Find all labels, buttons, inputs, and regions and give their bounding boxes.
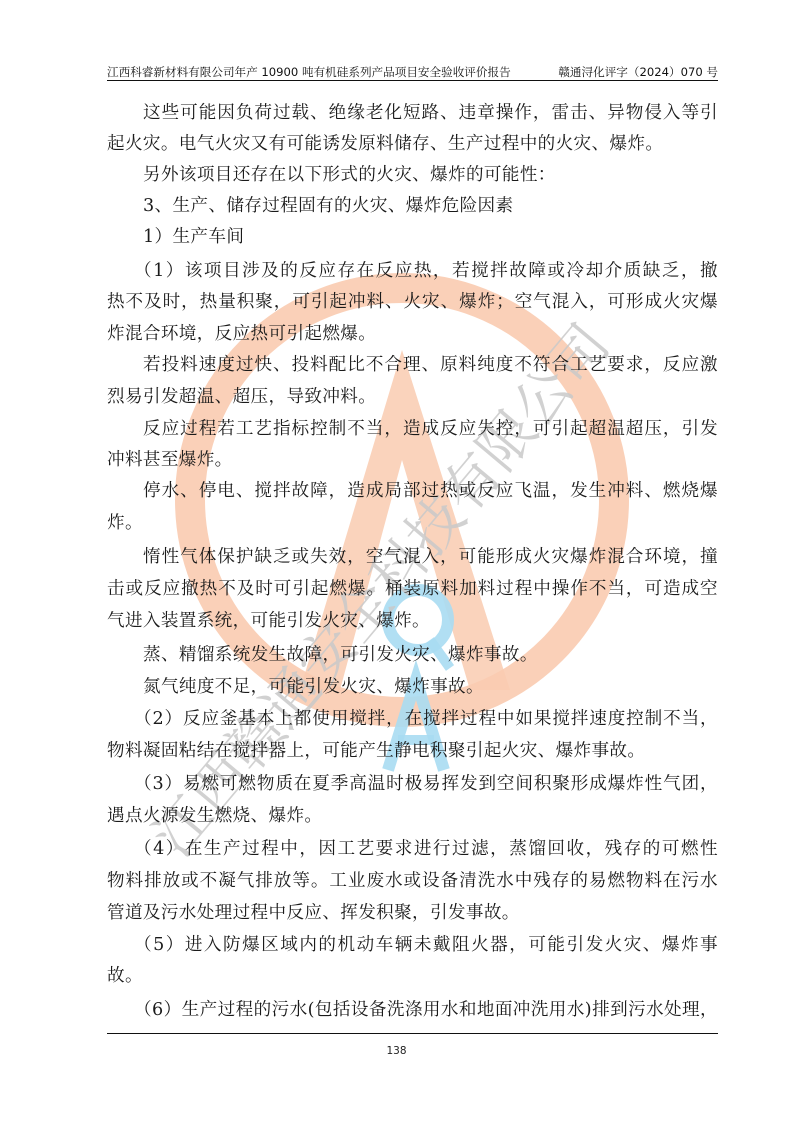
report-title: 江西科睿新材料有限公司年产 10900 吨有机硅系列产品项目安全验收评价报告 xyxy=(107,64,511,80)
page-header: 江西科睿新材料有限公司年产 10900 吨有机硅系列产品项目安全验收评价报告 赣… xyxy=(107,60,718,81)
footer-divider xyxy=(107,1033,718,1034)
text-line: 击或反应撤热不及时可引起燃爆。桶装原料加料过程中操作不当，可造成空 xyxy=(107,574,718,605)
text-line: （1）该项目涉及的反应存在反应热，若搅拌故障或冷却介质缺乏，撤 xyxy=(134,256,718,287)
text-line: 物料凝固粘结在搅拌器上，可能产生静电积聚引起火灾、爆炸事故。 xyxy=(107,736,645,767)
text-line: 惰性气体保护缺乏或失效，空气混入，可能形成火灾爆炸混合环境，撞 xyxy=(143,542,718,573)
page-number: 138 xyxy=(0,1045,793,1057)
text-line: 反应过程若工艺指标控制不当，造成反应失控，可引起超温超压，引发 xyxy=(143,414,718,445)
text-line: 停水、停电、搅拌故障，造成局部过热或反应飞温，发生冲料、燃烧爆 xyxy=(143,476,718,507)
text-line: 冲料甚至爆炸。 xyxy=(107,445,233,476)
text-line: 若投料速度过快、投料配比不合理、原料纯度不符合工艺要求，反应激 xyxy=(143,350,718,381)
text-line: 另外该项目还存在以下形式的火灾、爆炸的可能性： xyxy=(143,160,556,191)
text-line: 3、生产、储存过程固有的火灾、爆炸危险因素 xyxy=(143,191,513,222)
text-line: 炸。 xyxy=(107,508,143,539)
text-line: 蒸、精馏系统发生故障，可引发火灾、爆炸事故。 xyxy=(143,640,538,671)
text-line: 遇点火源发生燃烧、爆炸。 xyxy=(107,801,322,832)
text-line: 物料排放或不凝气排放等。工业废水或设备清洗水中残存的易燃物料在污水 xyxy=(107,866,718,897)
text-line: 故。 xyxy=(107,961,143,992)
text-line: 气进入装置系统，可能引发火灾、爆炸。 xyxy=(107,606,430,637)
text-line: 炸混合环境，反应热可引起燃爆。 xyxy=(107,319,376,350)
report-number: 赣通浔化评字（2024）070 号 xyxy=(558,64,718,80)
text-line: （3）易燃可燃物质在夏季高温时极易挥发到空间积聚形成爆炸性气团， xyxy=(134,769,718,800)
text-line: （4）在生产过程中，因工艺要求进行过滤，蒸馏回收，残存的可燃性 xyxy=(134,834,718,865)
text-line: 氮气纯度不足，可能引发火灾、爆炸事故。 xyxy=(143,672,484,703)
text-line: 1）生产车间 xyxy=(143,222,244,253)
text-line: 烈易引发超温、超压，导致冲料。 xyxy=(107,382,376,413)
text-line: （2）反应釜基本上都使用搅拌，在搅拌过程中如果搅拌速度控制不当， xyxy=(134,704,718,735)
text-line: （6）生产过程的污水(包括设备洗涤用水和地面冲洗用水)排到污水处理， xyxy=(134,995,718,1026)
document-page: 江西赣通安全科技有限公司 江西科睿新材料有限公司年产 10900 吨有机硅系列产… xyxy=(0,0,793,1122)
text-line: 起火灾。电气火灾又有可能诱发原料储存、生产过程中的火灾、爆炸。 xyxy=(107,129,663,160)
text-line: 管道及污水处理过程中反应、挥发积聚，引发事故。 xyxy=(107,898,520,929)
text-line: （5）进入防爆区域内的机动车辆未戴阻火器，可能引发火灾、爆炸事 xyxy=(134,930,718,961)
text-line: 热不及时，热量积聚，可引起冲料、火灾、爆炸；空气混入，可形成火灾爆 xyxy=(107,287,718,318)
text-line: 这些可能因负荷过载、绝缘老化短路、违章操作，雷击、异物侵入等引 xyxy=(143,98,718,129)
